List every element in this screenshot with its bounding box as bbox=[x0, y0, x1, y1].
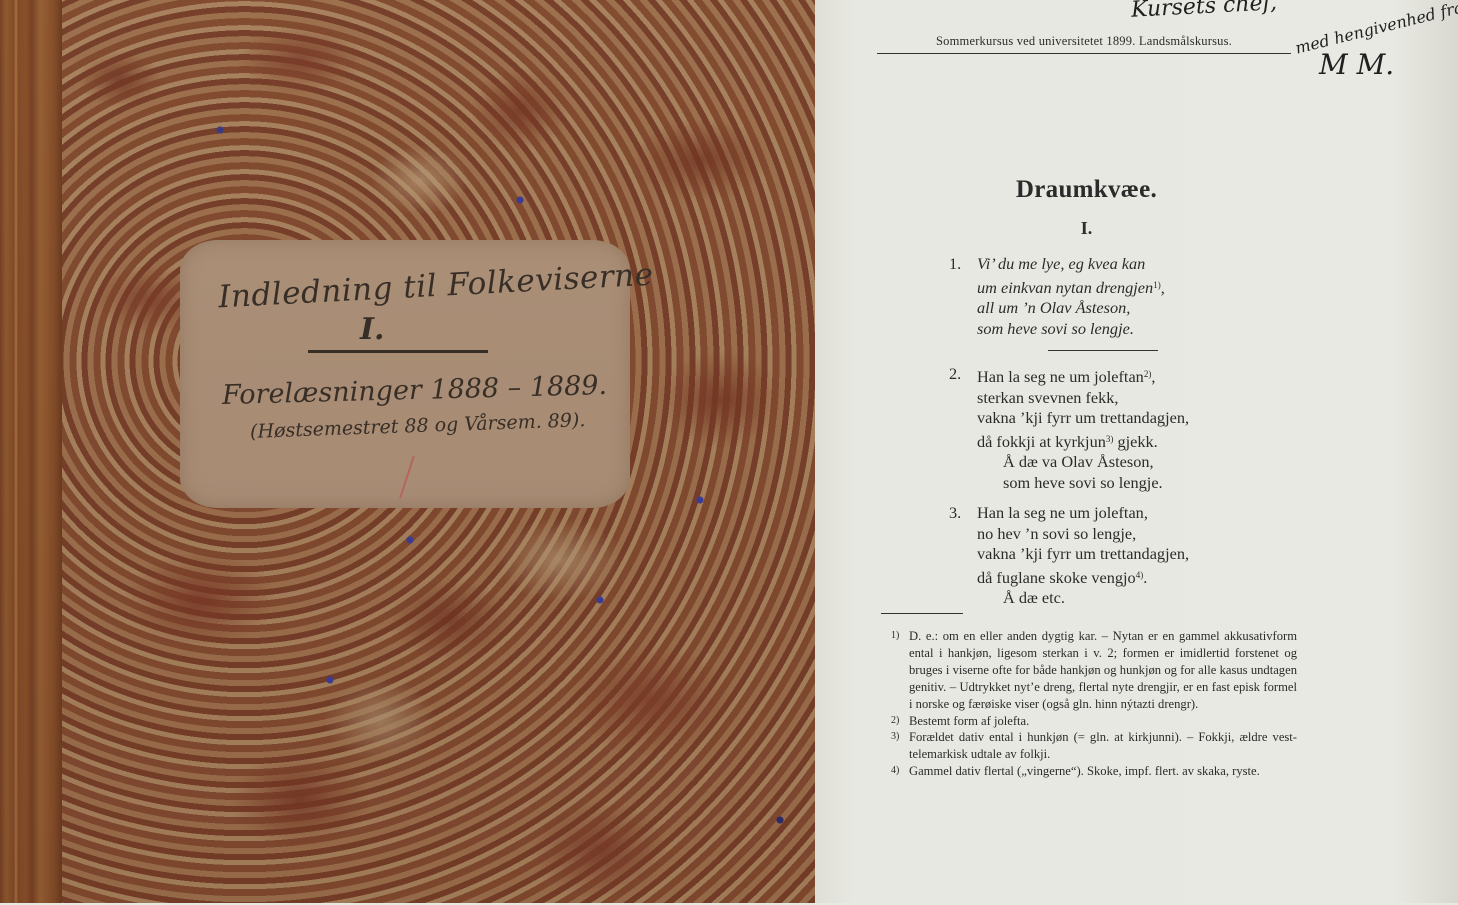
cover-label: Indledning til Folkeviserne I. Forelæsni… bbox=[180, 240, 630, 508]
stanza-refrain: Å dæ va Olav Åsteson, bbox=[1003, 452, 1189, 473]
stanza-line: no hev ’n sovi so lengje, bbox=[977, 524, 1189, 545]
book-spine bbox=[0, 0, 62, 903]
footnote-text: Forældet dativ ental i hunkjøn (= gln. a… bbox=[909, 730, 1297, 761]
footnote-mark: 2) bbox=[891, 713, 899, 730]
footnote-1: 1) D. e.: om en eller anden dygtig kar. … bbox=[891, 628, 1297, 713]
handwritten-dedication-line1: Kursets chef, bbox=[1130, 0, 1277, 23]
label-lectures: Forelæsninger 1888 – 1889. bbox=[222, 370, 608, 411]
label-underline bbox=[308, 350, 488, 353]
printed-page: Sommerkursus ved universitetet 1899. Lan… bbox=[815, 0, 1458, 903]
book-cover: Indledning til Folkeviserne I. Forelæsni… bbox=[0, 0, 815, 903]
poem-title: Draumkvæe. bbox=[815, 176, 1358, 204]
label-semesters: (Høstsemestret 88 og Vårsem. 89). bbox=[250, 409, 586, 443]
stanza-line: då fuglane skoke vengjo4). bbox=[977, 565, 1189, 589]
footnote-mark: 1) bbox=[891, 628, 899, 645]
stanza-3: 3. Han la seg ne um joleftan, no hev ’n … bbox=[949, 503, 1189, 609]
footnote-text: Bestemt form af jolefta. bbox=[909, 714, 1029, 728]
stanza-line: Han la seg ne um joleftan, bbox=[977, 503, 1189, 524]
poem-part-number: I. bbox=[815, 218, 1358, 239]
footnote-text: Gammel dativ flertal („vingerne“). Skoke… bbox=[909, 764, 1260, 778]
stanza-line: sterkan svevnen fekk, bbox=[977, 388, 1189, 409]
red-pencil-mark bbox=[399, 456, 414, 498]
footnotes: 1) D. e.: om en eller anden dygtig kar. … bbox=[891, 628, 1297, 780]
label-title: Indledning til Folkeviserne bbox=[217, 257, 654, 316]
stanza-line: då fokkji at kyrkjun3) gjekk. bbox=[977, 429, 1189, 453]
stanza-line: all um ’n Olav Åsteson, bbox=[977, 298, 1165, 319]
stanza-1: 1. Vi’ du me lye, eg kvea kan um einkvan… bbox=[949, 254, 1165, 339]
stanza-line: um einkvan nytan drengjen1), bbox=[977, 275, 1165, 299]
stanza-line: vakna ’kji fyrr um trettandagjen, bbox=[977, 544, 1189, 565]
handwritten-initials: M M. bbox=[1319, 48, 1394, 81]
stanza-number: 3. bbox=[949, 503, 961, 524]
stanza-line: vakna ’kji fyrr um trettandagjen, bbox=[977, 408, 1189, 429]
footnote-4: 4) Gammel dativ flertal („vingerne“). Sk… bbox=[891, 763, 1297, 780]
footnote-mark: 3) bbox=[891, 729, 899, 746]
running-head: Sommerkursus ved universitetet 1899. Lan… bbox=[877, 34, 1291, 54]
footnote-2: 2) Bestemt form af jolefta. bbox=[891, 713, 1297, 730]
stanza-number: 1. bbox=[949, 254, 961, 275]
label-volume: I. bbox=[360, 312, 384, 347]
footnote-text: D. e.: om en eller anden dygtig kar. – N… bbox=[909, 629, 1297, 711]
stanza-line: som heve sovi so lengje. bbox=[977, 319, 1165, 340]
stanza-line: Vi’ du me lye, eg kvea kan bbox=[977, 254, 1165, 275]
footnote-3: 3) Forældet dativ ental i hunkjøn (= gln… bbox=[891, 729, 1297, 763]
footnote-divider bbox=[881, 613, 963, 614]
stanza-2: 2. Han la seg ne um joleftan2), sterkan … bbox=[949, 364, 1189, 493]
footnote-mark: 4) bbox=[891, 763, 899, 780]
stanza-refrain: Å dæ etc. bbox=[1003, 588, 1189, 609]
stanza-divider bbox=[1048, 350, 1158, 351]
stanza-number: 2. bbox=[949, 364, 961, 385]
stanza-line: Han la seg ne um joleftan2), bbox=[977, 364, 1189, 388]
stanza-refrain: som heve sovi so lengje. bbox=[1003, 473, 1189, 494]
